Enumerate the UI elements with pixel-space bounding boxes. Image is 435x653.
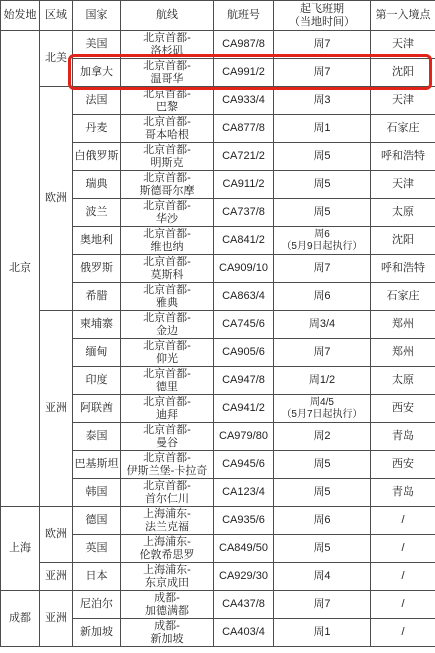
header-route: 航线 [121,1,214,31]
origin-cell-beijing: 北京 [1,31,40,507]
header-flight-no: 航班号 [214,1,274,31]
country-cell: 加拿大 [73,59,121,87]
header-region: 区域 [40,1,73,31]
entry-point-cell: 青岛 [371,423,435,451]
route-cell: 北京首都- 哥本哈根 [121,115,214,143]
schedule-cell: 周6 [274,283,371,311]
route-cell: 北京首都- 迪拜 [121,395,214,423]
entry-point-cell: / [371,563,435,591]
entry-point-cell: / [371,507,435,535]
entry-point-cell: 太原 [371,367,435,395]
table-row: 亚洲 柬埔寨 北京首都- 金边 CA745/6 周3/4 郑州 [1,311,435,339]
flight-no-cell: CA745/6 [214,311,274,339]
schedule-cell: 周5 [274,199,371,227]
table-row: 上海 欧洲 德国 上海浦东- 法兰克福 CA935/6 周6 / [1,507,435,535]
flight-no-cell: CA123/4 [214,479,274,507]
entry-point-cell: 天津 [371,31,435,59]
country-cell: 希腊 [73,283,121,311]
country-cell: 瑞典 [73,171,121,199]
country-cell: 新加坡 [73,619,121,647]
entry-point-cell: 沈阳 [371,227,435,255]
schedule-cell: 周1 [274,619,371,647]
country-cell: 尼泊尔 [73,591,121,619]
country-cell: 缅甸 [73,339,121,367]
route-cell: 北京首都- 伊斯兰堡-卡拉奇 [121,451,214,479]
entry-point-cell: 郑州 [371,339,435,367]
entry-point-cell: / [371,619,435,647]
region-cell-europe: 欧洲 [40,507,73,563]
route-cell: 北京首都- 洛杉矶 [121,31,214,59]
header-row: 始发地 区域 国家 航线 航班号 起飞班期 （当地时间） 第一入境点 [1,1,435,31]
route-cell: 上海浦东- 伦敦希思罗 [121,535,214,563]
country-cell: 巴基斯坦 [73,451,121,479]
country-cell: 法国 [73,87,121,115]
origin-cell-chengdu: 成都 [1,591,40,647]
schedule-cell: 周5 [274,479,371,507]
schedule-cell: 周3/4 [274,311,371,339]
schedule-cell: 周7 [274,59,371,87]
flight-no-cell: CA841/2 [214,227,274,255]
flight-no-cell: CA941/2 [214,395,274,423]
schedule-cell: 周3 [274,87,371,115]
table-row: 北京 北美 美国 北京首都- 洛杉矶 CA987/8 周7 天津 [1,31,435,59]
route-cell: 北京首都- 曼谷 [121,423,214,451]
region-cell-asia: 亚洲 [40,311,73,507]
flight-no-cell: CA991/2 [214,59,274,87]
entry-point-cell: 沈阳 [371,59,435,87]
route-cell: 成都- 新加坡 [121,619,214,647]
route-cell: 北京首都- 华沙 [121,199,214,227]
flight-schedule-table: 始发地 区域 国家 航线 航班号 起飞班期 （当地时间） 第一入境点 北京 北美… [0,0,435,653]
schedule-cell: 周5 [274,451,371,479]
country-cell: 美国 [73,31,121,59]
flight-no-cell: CA909/10 [214,255,274,283]
entry-point-cell: 西安 [371,395,435,423]
region-cell-asia: 亚洲 [40,591,73,647]
flight-no-cell: CA863/4 [214,283,274,311]
country-cell: 韩国 [73,479,121,507]
entry-point-cell: 青岛 [371,479,435,507]
flight-no-cell: CA979/80 [214,423,274,451]
flight-no-cell: CA947/8 [214,367,274,395]
schedule-cell: 周6 [274,507,371,535]
schedule-cell: 周7 [274,591,371,619]
country-cell: 日本 [73,563,121,591]
entry-point-cell: 天津 [371,87,435,115]
country-cell: 白俄罗斯 [73,143,121,171]
header-entry-point: 第一入境点 [371,1,435,31]
entry-point-cell: 石家庄 [371,283,435,311]
schedule-cell: 周5 [274,143,371,171]
schedule-cell: 周4 [274,563,371,591]
flight-no-cell: CA905/6 [214,339,274,367]
flight-no-cell: CA935/6 [214,507,274,535]
route-cell: 北京首都- 维也纳 [121,227,214,255]
schedule-cell: 周1 [274,115,371,143]
route-cell: 北京首都- 巴黎 [121,87,214,115]
region-cell-europe: 欧洲 [40,87,73,311]
country-cell: 英国 [73,535,121,563]
table-row: 亚洲 日本 上海浦东- 东京成田 CA929/30 周4 / [1,563,435,591]
entry-point-cell: 石家庄 [371,115,435,143]
route-cell: 北京首都- 首尔仁川 [121,479,214,507]
schedule-cell: 周7 [274,255,371,283]
route-cell: 北京首都- 斯德哥尔摩 [121,171,214,199]
route-cell: 北京首都- 明斯克 [121,143,214,171]
route-cell: 北京首都- 金边 [121,311,214,339]
entry-point-cell: 郑州 [371,311,435,339]
header-origin: 始发地 [1,1,40,31]
table-row: 成都 亚洲 尼泊尔 成都- 加德满都 CA437/8 周7 / [1,591,435,619]
schedule-cell: 周5 [274,171,371,199]
route-cell: 北京首都- 雅典 [121,283,214,311]
flight-no-cell: CA437/8 [214,591,274,619]
flight-no-cell: CA877/8 [214,115,274,143]
flight-no-cell: CA737/8 [214,199,274,227]
route-cell: 北京首都- 温哥华 [121,59,214,87]
region-cell-asia: 亚洲 [40,563,73,591]
schedule-cell: 周6 （5月9日起执行） [274,227,371,255]
country-cell: 泰国 [73,423,121,451]
entry-point-cell: 呼和浩特 [371,255,435,283]
schedule-cell: 周5 [274,535,371,563]
country-cell: 丹麦 [73,115,121,143]
country-cell: 德国 [73,507,121,535]
route-cell: 北京首都- 德里 [121,367,214,395]
entry-point-cell: / [371,591,435,619]
flight-no-cell: CA849/50 [214,535,274,563]
flight-no-cell: CA987/8 [214,31,274,59]
schedule-cell: 周2 [274,423,371,451]
entry-point-cell: 天津 [371,171,435,199]
country-cell: 奥地利 [73,227,121,255]
region-cell-north-america: 北美 [40,31,73,87]
entry-point-cell: 呼和浩特 [371,143,435,171]
flight-no-cell: CA721/2 [214,143,274,171]
entry-point-cell: 太原 [371,199,435,227]
route-cell: 上海浦东- 东京成田 [121,563,214,591]
entry-point-cell: / [371,535,435,563]
route-cell: 北京首都- 仰光 [121,339,214,367]
country-cell: 俄罗斯 [73,255,121,283]
schedule-table: 始发地 区域 国家 航线 航班号 起飞班期 （当地时间） 第一入境点 北京 北美… [0,0,435,647]
header-country: 国家 [73,1,121,31]
page: { "header": { "origin": "始发地", "region":… [0,0,435,653]
entry-point-cell: 西安 [371,451,435,479]
schedule-cell: 周1/2 [274,367,371,395]
origin-cell-shanghai: 上海 [1,507,40,591]
table-row: 欧洲 法国 北京首都- 巴黎 CA933/4 周3 天津 [1,87,435,115]
schedule-cell: 周7 [274,339,371,367]
flight-no-cell: CA929/30 [214,563,274,591]
schedule-cell: 周4/5 （5月7日起执行） [274,395,371,423]
flight-no-cell: CA911/2 [214,171,274,199]
header-schedule: 起飞班期 （当地时间） [274,1,371,31]
flight-no-cell: CA945/6 [214,451,274,479]
flight-no-cell: CA403/4 [214,619,274,647]
country-cell: 印度 [73,367,121,395]
flight-no-cell: CA933/4 [214,87,274,115]
route-cell: 上海浦东- 法兰克福 [121,507,214,535]
schedule-cell: 周7 [274,31,371,59]
route-cell: 北京首都- 莫斯科 [121,255,214,283]
country-cell: 阿联酋 [73,395,121,423]
country-cell: 波兰 [73,199,121,227]
country-cell: 柬埔寨 [73,311,121,339]
route-cell: 成都- 加德满都 [121,591,214,619]
